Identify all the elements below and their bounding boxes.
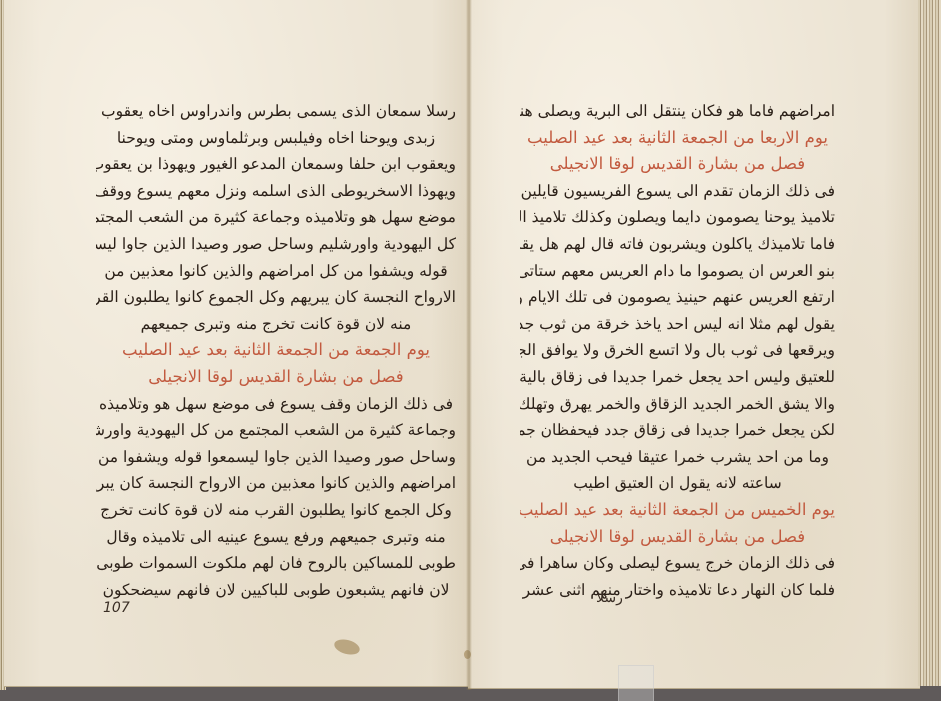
rubric-heading: فصل من بشارة القديس لوقا الانجيلى [520,151,835,178]
text-line: امراضهم فاما هو فكان ينتقل الى البرية وي… [520,98,835,125]
text-line: موضع سهل هو وتلاميذه وجماعة كثيرة من الش… [96,204,456,231]
text-line: وجماعة كثيرة من الشعب المجتمع من كل اليه… [96,417,456,444]
text-line: وكل الجمع كانوا يطلبون القرب منه لان قوة… [96,497,456,524]
left-page-text: رسلا سمعان الذى يسمى بطرس واندراوس اخاه … [96,98,456,603]
text-line: كل اليهودية واورشليم وساحل صور وصيدا الذ… [96,231,456,258]
text-line: زبدى ويوحنا اخاه وفيلبس وبرثلماوس ومتى و… [96,125,456,152]
text-line: الارواح النجسة كان يبريهم وكل الجموع كان… [96,284,456,311]
text-line: فى ذلك الزمان خرج يسوع ليصلى وكان ساهرا … [520,550,835,577]
text-line: رسلا سمعان الذى يسمى بطرس واندراوس اخاه … [96,98,456,125]
text-line: امراضهم والذين كانوا معذبين من الارواح ا… [96,470,456,497]
rubric-heading: يوم الاربعا من الجمعة الثانية بعد عيد ال… [520,125,835,152]
rubric-heading: يوم الخميس من الجمعة الثانية بعد عيد الص… [520,497,835,524]
rubric-heading: فصل من بشارة القديس لوقا الانجيلى [520,524,835,551]
text-line: يقول لهم مثلا انه ليس احد ياخذ خرقة من ث… [520,311,835,338]
text-line: ويرقعها فى ثوب بال ولا اتسع الخرق ولا يو… [520,337,835,364]
text-line: منه لان قوة كانت تخرج منه وتبرى جميعهم [96,311,456,338]
text-line: وساحل صور وصيدا الذين جاوا ليسمعوا قوله … [96,444,456,471]
text-line: بنو العرس ان يصوموا ما دام العريس معهم س… [520,258,835,285]
folio-number: 107 [103,600,130,616]
text-line: فلما كان النهار دعا تلاميذه واختار منهم … [520,577,835,604]
text-line: ويعقوب ابن حلفا وسمعان المدعو الغيور ويه… [96,151,456,178]
text-line: فاما تلاميذك ياكلون ويشربون فاته قال لهم… [520,231,835,258]
text-line: منه وتبرى جميعهم ورفع يسوع عينيه الى تلا… [96,524,456,551]
gutter-fold [466,0,472,690]
text-line: ويهوذا الاسخريوطى الذى اسلمه ونزل معهم ي… [96,178,456,205]
text-line: للعتيق وليس احد يجعل خمرا جديدا فى زقاق … [520,364,835,391]
text-line: ارتفع العريس عنهم حينيذ يصومون فى تلك ال… [520,284,835,311]
text-line: ساعته لانه يقول ان العتيق اطيب [520,470,835,497]
ink-stain [333,637,362,657]
tape-strip [618,665,654,701]
manuscript-spread: رسلا سمعان الذى يسمى بطرس واندراوس اخاه … [0,0,941,701]
text-line: وما من احد يشرب خمرا عتيقا فيحب الجديد م… [520,444,835,471]
catchword: رسلا [596,590,623,606]
text-line: فى ذلك الزمان تقدم الى يسوع الفريسيون قا… [520,178,835,205]
rubric-heading: فصل من بشارة القديس لوقا الانجيلى [96,364,456,391]
text-line: قوله ويشفوا من كل امراضهم والذين كانوا م… [96,258,456,285]
text-line: فى ذلك الزمان وقف يسوع فى موضع سهل هو وت… [96,391,456,418]
text-line: طوبى للمساكين بالروح فان لهم ملكوت السمو… [96,550,456,577]
rubric-heading: يوم الجمعة من الجمعة الثانية بعد عيد الص… [96,337,456,364]
text-line: لكن يجعل خمرا جديدا فى زقاق جدد فيحفظان … [520,417,835,444]
text-line: والا يشق الخمر الجديد الزقاق والخمر يهرق… [520,391,835,418]
text-line: لان فانهم يشبعون طوبى للباكيين لان فانهم… [96,577,456,604]
text-line: تلاميذ يوحنا يصومون دايما ويصلون وكذلك ت… [520,204,835,231]
page-block-edge-right [918,0,941,686]
right-page-text: امراضهم فاما هو فكان ينتقل الى البرية وي… [520,98,835,603]
